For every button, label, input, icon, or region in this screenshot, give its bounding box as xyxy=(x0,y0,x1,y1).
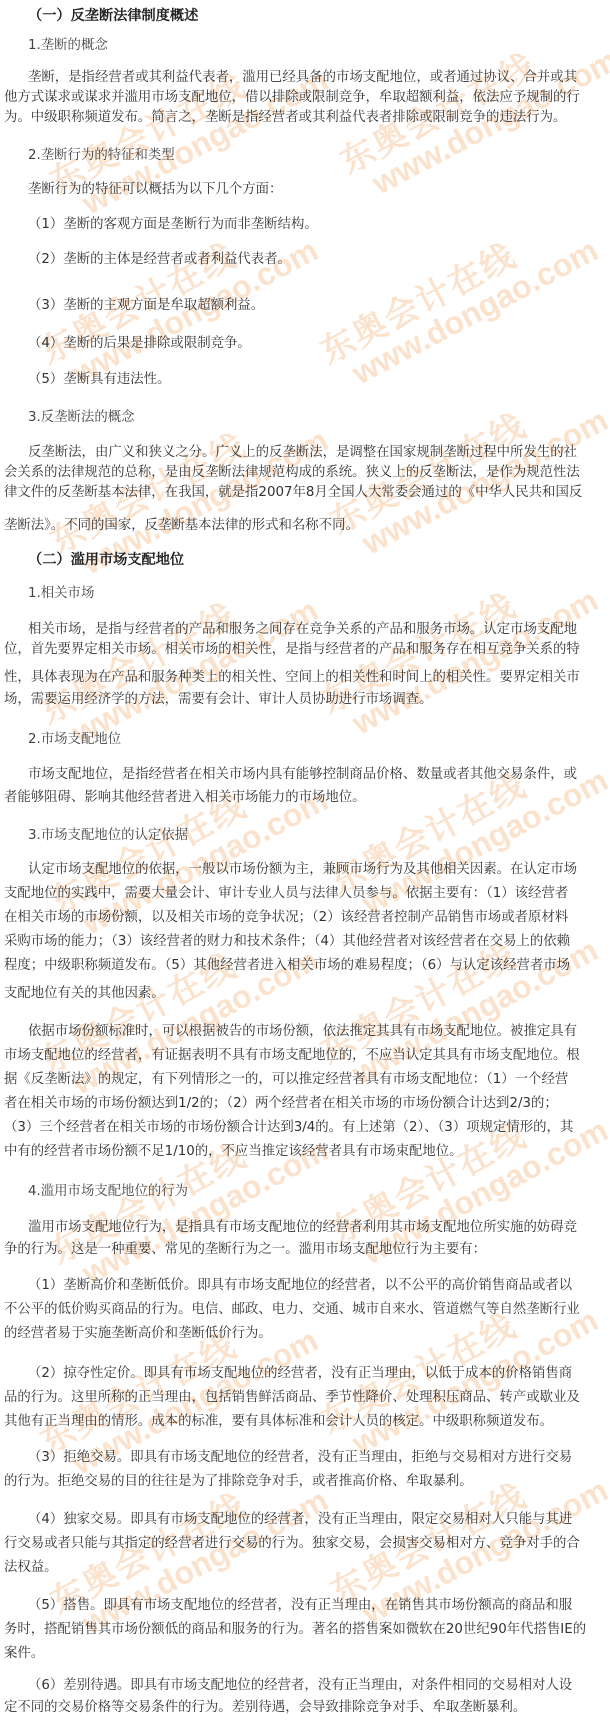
paragraph-line: 滥用市场支配地位行为，是指具有市场支配地位的经营者利用其市场支配地位所实施的妨碍… xyxy=(0,1218,610,1238)
paragraph-line: 反垄断法，由广义和狭义之分。广义上的反垄断法，是调整在国家规制垄断过程中所发生的… xyxy=(0,443,610,463)
paragraph-line: 场，需要运用经济学的方法，需要有会计、审计人员协助进行市场调查。 xyxy=(0,690,610,710)
list-item: （3）垄断的主观方面是牟取超额利益。 xyxy=(0,296,610,316)
paragraph-line: 律文件的反垄断基本法律，在我国，就是指2007年8月全国人大常委会通过的《中华人… xyxy=(0,483,610,503)
paragraph-line: （3）拒绝交易。即具有市场支配地位的经营者，没有正当理由，拒绝与交易相对方进行交… xyxy=(0,1448,610,1468)
section-heading: （一）反垄断法律制度概述 xyxy=(28,6,610,26)
subsection-title: 1.垄断的概念 xyxy=(28,36,610,56)
watermark-text-en: www.dongao.com xyxy=(346,582,604,743)
paragraph-line: 性，具体表现为在产品和服务种类上的相关性、空间上的相关性和时间上的相关性。要界定… xyxy=(0,668,610,688)
paragraph-line: 务时，搭配销售其市场份额低的商品和服务的行为。著名的搭售案如微软在20世纪90年… xyxy=(0,1620,610,1640)
paragraph-line: 者能够阻碍、影响其他经营者进入相关市场能力的市场地位。 xyxy=(0,788,610,808)
paragraph-line: 相关市场，是指与经营者的产品和服务之间存在竞争关系的产品和服务市场。认定市场支配… xyxy=(0,620,610,640)
subsection-title: 1.相关市场 xyxy=(28,584,610,604)
subsection-title: 3.市场支配地位的认定依据 xyxy=(28,826,610,846)
paragraph-line: 支配地位有关的其他因素。 xyxy=(0,984,610,1004)
paragraph-line: 市场支配地位，是指经营者在相关市场内具有能够控制商品价格、数量或者其他交易条件，… xyxy=(0,765,610,785)
paragraph-line: 定不同的交易价格等交易条件的行为。差别待遇，会导致排除竞争对手、牟取垄断暴利。 xyxy=(0,1698,610,1718)
paragraph-line: 其他有正当理由的情形。成本的标准，要有具体标准和会计人员的核定。中级职称频道发布… xyxy=(0,1412,610,1432)
paragraph-line: 程度；中级职称频道发布。（5）其他经营者进入相关市场的难易程度；（6）与认定该经… xyxy=(0,956,610,976)
paragraph-line: 支配地位的实践中，需要大量会计、审计专业人员与法律人员参与。依据主要有：（1）该… xyxy=(0,884,610,904)
list-item: （2）垄断的主体是经营者或者利益代表者。 xyxy=(0,250,610,270)
paragraph-line: 者在相关市场的市场份额达到1/2的；（2）两个经营者在相关市场的市场份额合计达到… xyxy=(0,1094,610,1114)
paragraph-line: （2）掠夺性定价。即具有市场支配地位的经营者，没有正当理由，以低于成本的价格销售… xyxy=(0,1364,610,1384)
paragraph-line: 品的行为。这里所称的正当理由，包括销售鲜活商品、季节性降价、处理积压商品、转产或… xyxy=(0,1388,610,1408)
paragraph-line: 的经营者易于实施垄断高价和垄断低价行为。 xyxy=(0,1324,610,1344)
paragraph-line: 中有的经营者市场份额不足1/10的，不应当推定该经营者具有市场束配地位。 xyxy=(0,1142,610,1162)
paragraph-line: 的行为。拒绝交易的目的往往是为了排除竞争对手，或者推高价格、牟取暴利。 xyxy=(0,1472,610,1492)
paragraph-line: 据《反垄断法》的规定，有下列情形之一的，可以推定经营者具有市场支配地位：（1）一… xyxy=(0,1070,610,1090)
paragraph-line: （4）独家交易。即具有市场支配地位的经营者，没有正当理由，限定交易相对人只能与其… xyxy=(0,1510,610,1530)
list-item: （5）垄断具有违法性。 xyxy=(0,370,610,390)
paragraph-line: 垄断行为的特征可以概括为以下几个方面： xyxy=(0,180,610,200)
paragraph-line: 认定市场支配地位的依据，一般以市场份额为主，兼顾市场行为及其他相关因素。在认定市… xyxy=(0,860,610,880)
paragraph-line: 为。中级职称频道发布。简言之，垄断是指经营者或其利益代表者排除或限制竞争的违法行… xyxy=(0,108,610,128)
paragraph-line: 他方式谋求或谋求并滥用市场支配地位，借以排除或限制竞争，牟取超额利益，依法应予规… xyxy=(0,88,610,108)
paragraph-line: 在相关市场的市场份额，以及相关市场的竞争状况；（2）该经营者控制产品销售市场或者… xyxy=(0,908,610,928)
list-item: （1）垄断的客观方面是垄断行为而非垄断结构。 xyxy=(0,215,610,235)
subsection-title: 4.滥用市场支配地位的行为 xyxy=(28,1182,610,1202)
paragraph-line: 不公平的低价购买商品的行为。电信、邮政、电力、交通、城市自来水、管道燃气等自然垄… xyxy=(0,1300,610,1320)
paragraph-line: （5）搭售。即具有市场支配地位的经营者，没有正当理由，在销售其市场份额高的商品和… xyxy=(0,1596,610,1616)
list-item: （4）垄断的后果是排除或限制竞争。 xyxy=(0,334,610,354)
paragraph-line: 法权益。 xyxy=(0,1558,610,1578)
paragraph-line: 案件。 xyxy=(0,1644,610,1664)
section-heading: （二）滥用市场支配地位 xyxy=(28,550,610,570)
paragraph-line: （1）垄断高价和垄断低价。即具有市场支配地位的经营者，以不公平的高价销售商品或者… xyxy=(0,1276,610,1296)
subsection-title: 2.市场支配地位 xyxy=(28,730,610,750)
paragraph-line: 争的行为。这是一种重要、常见的垄断行为之一。滥用市场支配地位行为主要有： xyxy=(0,1240,610,1260)
subsection-title: 2.垄断行为的特征和类型 xyxy=(28,146,610,166)
paragraph-line: 依据市场份额标准时，可以根据被告的市场份额，依法推定其具有市场支配地位。被推定具… xyxy=(0,1022,610,1042)
paragraph-line: 采购市场的能力；（3）该经营者的财力和技术条件；（4）其他经营者对该经营者在交易… xyxy=(0,932,610,952)
paragraph-line: （6）差别待遇。即具有市场支配地位的经营者，没有正当理由，对条件相同的交易相对人… xyxy=(0,1676,610,1696)
paragraph-line: 位，首先要界定相关市场。相关市场的相关性，是指与经营者的产品和服务存在相互竞争关… xyxy=(0,640,610,660)
paragraph-line: 行交易或者只能与其指定的经营者进行交易的行为。独家交易，会损害交易相对方、竞争对… xyxy=(0,1534,610,1554)
paragraph-line: 市场支配地位的经营者，有证据表明不具有市场支配地位的，不应当认定其具有市场支配地… xyxy=(0,1046,610,1066)
paragraph-line: 会关系的法律规范的总称，是由反垄断法律规范构成的系统。狭义上的反垄断法，是作为规… xyxy=(0,463,610,483)
paragraph-line: 垄断法》。不同的国家，反垄断基本法律的形式和名称不同。 xyxy=(0,516,610,536)
paragraph-line: 垄断，是指经营者或其利益代表者，滥用已经具备的市场支配地位，或者通过协议、合并或… xyxy=(0,68,610,88)
subsection-title: 3.反垄断法的概念 xyxy=(28,408,610,428)
paragraph-line: （3）三个经营者在相关市场的市场份额合计达到3/4的。有上述第（2）、（3）项规… xyxy=(0,1118,610,1138)
